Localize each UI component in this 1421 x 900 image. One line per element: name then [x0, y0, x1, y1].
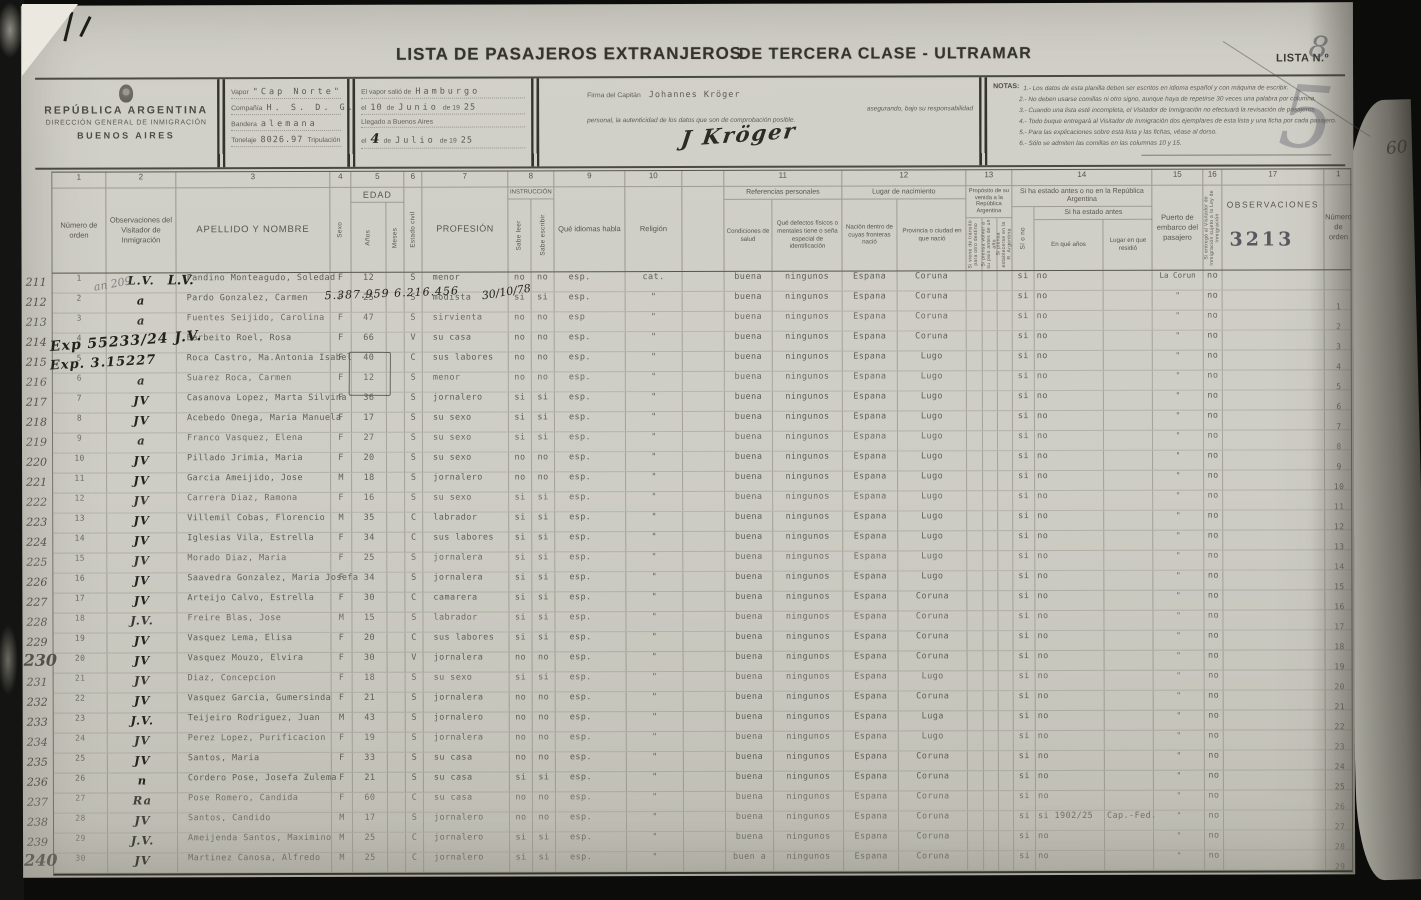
cell-sabe-escribir: no [533, 752, 556, 771]
margin-number: 235 [27, 756, 48, 769]
cell-nacion: Espana [843, 531, 898, 550]
cell-proposito-1 [968, 791, 984, 810]
cell-estado-civil: S [406, 753, 424, 772]
cell-lugar-residio [1104, 291, 1153, 310]
cell-idiomas: esp. [555, 432, 626, 451]
cell-defectos: ningunos [774, 632, 844, 651]
cell-provincia: Lugo [898, 491, 967, 510]
cell-apellido-nombre: Arteijo Calvo, Estrella [177, 593, 331, 612]
col-label: Número de orden [1324, 185, 1352, 269]
cell-religion: " [627, 812, 684, 831]
cell-proposito-si: si [1013, 471, 1035, 490]
cell-puerto: " [1153, 471, 1204, 490]
cell-nacion: Espana [843, 371, 898, 390]
cell-puerto: " [1154, 771, 1205, 790]
cell-apellido-nombre: Villemil Cobas, Florencio [177, 513, 331, 532]
cell-nacion: Espana [843, 391, 898, 410]
cell-salud: buena [725, 592, 773, 611]
col-header-proposito: 13 Propósito de su venida a la República… [966, 170, 1012, 270]
col-label: Si viene de tránsito para otro destino [968, 219, 979, 269]
margin-number: 212 [26, 296, 47, 309]
cell-apellido-nombre: Carrera Diaz, Ramona [177, 493, 331, 512]
cell-sabe-escribir: si [532, 572, 555, 591]
col-number: 7 [422, 171, 507, 187]
cell-salud: buena [726, 632, 774, 651]
cell-estado-civil: S [405, 573, 423, 592]
cell-puerto: " [1154, 831, 1205, 850]
cell-proposito-si: si [1014, 751, 1036, 770]
cell-proposito-3 [999, 711, 1014, 730]
cell-defectos: ningunos [773, 572, 843, 591]
cell-proposito-si: si [1013, 271, 1035, 290]
cell-proposito-si: si [1013, 291, 1035, 310]
cell-observaciones [1223, 610, 1325, 629]
cell-sabe-escribir: no [533, 732, 556, 751]
cell-estado-antes: no [1035, 271, 1104, 290]
cell-edad-anos: 21 [353, 693, 388, 712]
cell-estado-antes: no [1035, 471, 1104, 490]
cell-puerto: " [1153, 311, 1204, 330]
cell-visitador-mark: JV [108, 633, 178, 652]
cell-provincia: Luga [899, 711, 968, 730]
cell-proposito-1 [968, 631, 984, 650]
col-number: 14 [1012, 170, 1151, 186]
cell-proposito-3 [999, 831, 1014, 850]
de19-label: de 19 [443, 105, 460, 112]
cell-orden: 22 [54, 694, 108, 713]
cell-numero-final: 10 [1325, 470, 1353, 489]
cell-estado-antes: no [1035, 491, 1104, 510]
cell-defectos: ningunos [774, 792, 844, 811]
cell-provincia: Coruna [899, 831, 968, 850]
cell-spacer [684, 692, 726, 711]
agency-department: DIRECCIÓN GENERAL DE INMIGRACIÓN [41, 119, 211, 126]
cell-observaciones [1224, 670, 1326, 689]
cell-idiomas: esp. [555, 512, 626, 531]
cell-lugar-residio [1104, 591, 1153, 610]
cell-proposito-si: si [1013, 511, 1035, 530]
cell-idiomas: esp. [555, 452, 626, 471]
col-label: Lugar en que residió [1103, 220, 1152, 270]
col-header-sexo: 4 Sexo [330, 172, 351, 272]
cell-proposito-2 [984, 631, 999, 650]
cell-numero-final: 16 [1325, 590, 1353, 609]
cell-sabe-leer: no [510, 812, 533, 831]
cell-proposito-1 [967, 591, 983, 610]
cell-sabe-leer: si [509, 412, 532, 431]
col-label: Qué defectos físicos o mentales tiene o … [772, 200, 842, 271]
col-header-puerto: 15 Puerto de embarco del pasajero [1152, 170, 1203, 270]
cell-idiomas: esp. [556, 832, 627, 851]
cell-idiomas: esp. [555, 552, 626, 571]
cell-sabe-leer: si [510, 832, 533, 851]
col-number: 13 [966, 170, 1011, 186]
cell-visitador-mark: J.V. [108, 713, 178, 732]
cell-numero-final: 8 [1325, 430, 1353, 449]
cell-proposito-si: si [1013, 371, 1035, 390]
col-label: OBSERVACIONES [1222, 185, 1323, 269]
flag-value: alemana [261, 119, 318, 129]
cell-proposito-si: si [1013, 531, 1035, 550]
cell-religion: " [626, 612, 683, 631]
cell-numero-final: 28 [1326, 830, 1354, 849]
cell-edad-anos: 30 [353, 653, 388, 672]
cell-entrego: no [1205, 731, 1224, 750]
cell-apellido-nombre: Teijeiro Rodriguez, Juan [178, 713, 332, 732]
cell-sabe-escribir: si [532, 592, 555, 611]
cell-profesion: sirvienta [423, 312, 509, 331]
cell-idiomas: esp. [556, 652, 627, 671]
cell-nacion: Espana [843, 571, 898, 590]
cell-estado-antes: no [1035, 571, 1104, 590]
cell-orden: 11 [53, 474, 107, 493]
spacer-box [539, 78, 581, 166]
cell-puerto: " [1153, 391, 1204, 410]
cell-idiomas: esp. [555, 352, 626, 371]
cell-observaciones [1223, 330, 1325, 349]
margin-number: 225 [26, 556, 47, 569]
cell-idiomas: esp. [556, 672, 627, 691]
cell-entrego: no [1204, 271, 1223, 290]
cell-edad-meses [387, 533, 405, 552]
cell-numero-final: 13 [1325, 530, 1353, 549]
cell-orden: 29 [54, 834, 108, 853]
cell-sexo: F [331, 333, 352, 352]
cell-estado-civil: C [406, 633, 424, 652]
cell-lugar-residio [1105, 671, 1154, 690]
cell-proposito-3 [999, 811, 1014, 830]
cell-apellido-nombre: Ameijenda Santos, Maximino [178, 833, 332, 852]
cell-profesion: jornalera [423, 572, 509, 591]
cell-provincia: Lugo [899, 671, 968, 690]
cell-edad-meses [388, 713, 406, 732]
col-label: Sexo [337, 222, 344, 238]
cell-sexo: F [331, 433, 352, 452]
cell-entrego: no [1204, 451, 1223, 470]
cell-entrego: no [1204, 391, 1223, 410]
company-value: H. S. D. G. [266, 103, 355, 113]
cell-provincia: Lugo [898, 411, 967, 430]
col-label: Condiciones de salud [724, 200, 772, 271]
cell-spacer [683, 312, 725, 331]
cell-estado-civil: S [405, 373, 423, 392]
cell-proposito-3 [999, 651, 1014, 670]
cell-sabe-leer: si [509, 512, 532, 531]
cell-sexo: F [331, 313, 352, 332]
cell-puerto: " [1153, 431, 1204, 450]
col-header-observaciones-visitador: 2 Observaciones del Visitador de Inmigra… [106, 172, 176, 272]
divider [217, 79, 225, 167]
cell-visitador-mark: JV [107, 593, 177, 612]
cell-puerto: " [1154, 791, 1205, 810]
cell-religion: " [627, 772, 684, 791]
cell-sabe-escribir: no [532, 272, 555, 291]
cell-apellido-nombre: Morado Diaz, Maria [177, 553, 331, 572]
cell-estado-antes: no [1035, 411, 1104, 430]
cell-visitador-mark: JV [107, 573, 177, 592]
col-label: Sabe leer [516, 220, 523, 250]
cell-proposito-3 [998, 431, 1013, 450]
cell-observaciones [1223, 550, 1325, 569]
cell-orden: 20 [54, 654, 108, 673]
cell-visitador-mark: n [108, 773, 178, 792]
cell-observaciones [1223, 490, 1325, 509]
cell-profesion: su sexo [423, 452, 509, 471]
departure-year: 25 [464, 103, 476, 113]
handwritten-lista-number: 8 [1307, 29, 1331, 66]
cell-salud: buena [725, 392, 773, 411]
cell-apellido-nombre: Fandino Monteagudo, Soledad [177, 273, 331, 292]
cell-sabe-leer: no [509, 452, 532, 471]
cell-visitador-mark: a [107, 433, 177, 452]
cell-puerto: " [1153, 411, 1204, 430]
cell-spacer [683, 612, 725, 631]
cell-edad-meses [387, 573, 405, 592]
cell-salud: buena [725, 332, 773, 351]
cell-spacer [683, 592, 725, 611]
cell-sabe-escribir: no [533, 792, 556, 811]
cell-defectos: ningunos [774, 772, 844, 791]
cell-numero-final [1325, 270, 1353, 289]
cell-proposito-1 [967, 531, 983, 550]
cell-nacion: Espana [844, 791, 899, 810]
cell-nacion: Espana [843, 331, 898, 350]
cell-proposito-3 [998, 531, 1013, 550]
cell-numero-final: 29 [1326, 850, 1354, 869]
cell-lugar-residio [1105, 791, 1154, 810]
handwritten-age-box [349, 352, 391, 396]
cell-visitador-mark: J.V. [107, 613, 177, 632]
cell-idiomas: esp. [555, 272, 626, 291]
cell-puerto: " [1154, 731, 1205, 750]
cell-proposito-3 [998, 331, 1013, 350]
cell-orden: 27 [54, 794, 108, 813]
cell-salud: buena [726, 672, 774, 691]
cell-profesion: su sexo [423, 492, 509, 511]
cell-edad-anos: 17 [352, 413, 387, 432]
cell-sexo: F [332, 653, 353, 672]
margin-number: 216 [26, 376, 47, 389]
margin-number: 228 [26, 616, 47, 629]
cell-defectos: ningunos [773, 452, 843, 471]
cell-defectos: ningunos [773, 332, 843, 351]
cell-sabe-leer: si [509, 552, 532, 571]
cell-provincia: Lugo [898, 451, 967, 470]
cell-sabe-escribir: no [532, 332, 555, 351]
cell-estado-civil: S [405, 553, 423, 572]
cell-sexo: F [331, 593, 352, 612]
cell-numero-final: 25 [1326, 770, 1354, 789]
cell-proposito-3 [998, 611, 1013, 630]
cell-religion: " [626, 372, 683, 391]
cell-proposito-si: si [1013, 591, 1035, 610]
cell-idiomas: esp. [555, 332, 626, 351]
cell-estado-antes: no [1036, 831, 1105, 850]
cell-entrego: no [1204, 611, 1223, 630]
cell-defectos: ningunos [774, 692, 844, 711]
cell-proposito-si: si [1014, 731, 1036, 750]
cell-sexo: F [331, 493, 352, 512]
cell-proposito-3 [999, 671, 1014, 690]
cell-proposito-1 [967, 431, 983, 450]
col-label: Sí o no [1019, 227, 1026, 249]
cell-numero-final: 3 [1325, 330, 1353, 349]
cell-proposito-si: si [1013, 331, 1035, 350]
cell-salud: buen a [726, 852, 774, 871]
cell-orden: 23 [54, 714, 108, 733]
coat-of-arms-icon [119, 84, 133, 102]
cell-proposito-si: si [1013, 311, 1035, 330]
margin-number: 219 [26, 436, 47, 449]
cell-proposito-2 [984, 731, 999, 750]
cell-edad-anos: 35 [352, 513, 387, 532]
cell-proposito-3 [998, 571, 1013, 590]
cell-edad-anos: 27 [352, 433, 387, 452]
margin-number: 240 [24, 851, 57, 870]
cell-sabe-escribir: si [533, 672, 556, 691]
cell-estado-civil: C [406, 853, 424, 872]
cell-spacer [683, 272, 725, 291]
col-header-orden-final: 1 Número de orden [1324, 169, 1352, 269]
cell-religion: " [627, 752, 684, 771]
cell-edad-anos: 25 [353, 853, 388, 872]
cell-defectos: ningunos [774, 852, 844, 871]
cell-provincia: Lugo [898, 391, 967, 410]
cell-spacer [683, 512, 725, 531]
cell-proposito-3 [998, 291, 1013, 310]
cell-numero-final: 5 [1325, 370, 1353, 389]
cell-proposito-2 [983, 311, 998, 330]
cell-proposito-2 [984, 791, 999, 810]
cell-defectos: ningunos [774, 712, 844, 731]
cell-nacion: Espana [844, 751, 899, 770]
cell-proposito-1 [967, 391, 983, 410]
cell-proposito-1 [967, 611, 983, 630]
cell-visitador-mark: JV [107, 413, 177, 432]
margin-number: 232 [27, 696, 48, 709]
cell-proposito-si: si [1013, 551, 1035, 570]
cell-proposito-2 [983, 331, 998, 350]
cell-profesion: jornalera [424, 692, 510, 711]
cell-observaciones [1223, 470, 1325, 489]
cell-entrego: no [1204, 371, 1223, 390]
cell-estado-civil: S [406, 773, 424, 792]
cell-proposito-si: si [1013, 351, 1035, 370]
cell-edad-anos: 30 [352, 593, 387, 612]
cell-proposito-2 [983, 571, 998, 590]
cell-defectos: ningunos [773, 312, 843, 331]
col-header-instruccion: 8 INSTRUCCIÓN Sabe leer Sabe escribir [508, 171, 554, 271]
cell-defectos: ningunos [774, 732, 844, 751]
cell-estado-antes: no [1035, 291, 1104, 310]
cell-sexo: M [332, 853, 353, 872]
cell-idiomas: esp. [556, 772, 627, 791]
cell-provincia: Coruna [899, 851, 968, 870]
cell-sabe-leer: no [510, 732, 533, 751]
cell-provincia: Coruna [899, 771, 968, 790]
cell-spacer [684, 672, 726, 691]
cell-idiomas: esp. [556, 752, 627, 771]
passenger-table-body: 2111L.V.Fandino Monteagudo, SoledadF12Sm… [52, 270, 1354, 875]
cell-proposito-2 [984, 831, 999, 850]
cell-observaciones [1224, 730, 1326, 749]
cell-numero-final: 17 [1325, 610, 1353, 629]
cell-estado-civil: C [405, 513, 423, 532]
cell-salud: buena [725, 352, 773, 371]
cell-apellido-nombre: Diaz, Concepcion [178, 673, 332, 692]
cell-edad-anos: 66 [352, 333, 387, 352]
cell-sabe-escribir: si [533, 832, 556, 851]
cell-proposito-1 [968, 851, 984, 870]
cell-religion: " [627, 852, 684, 871]
cell-proposito-1 [967, 331, 983, 350]
cell-orden: 6 [53, 374, 107, 393]
captain-label: Firma del Capitán [587, 92, 641, 99]
cell-apellido-nombre: Santos, Candido [178, 813, 332, 832]
cell-proposito-si: si [1014, 791, 1036, 810]
departure-day: 10 [370, 103, 382, 113]
cell-proposito-3 [999, 851, 1014, 870]
cell-apellido-nombre: Suarez Roca, Carmen [177, 373, 331, 392]
cell-edad-anos: 18 [353, 673, 388, 692]
cell-spacer [684, 732, 726, 751]
cell-religion: " [627, 652, 684, 671]
cell-apellido-nombre: Franco Vasquez, Elena [177, 433, 331, 452]
cell-idiomas: esp. [556, 732, 627, 751]
cell-lugar-residio [1104, 551, 1153, 570]
cell-edad-anos: 60 [353, 793, 388, 812]
cell-idiomas: esp. [556, 712, 627, 731]
cell-sabe-leer: si [509, 492, 532, 511]
cell-profesion: camarera [423, 592, 509, 611]
cell-nacion: Espana [843, 291, 898, 310]
cell-nacion: Espana [843, 491, 898, 510]
cell-salud: buena [726, 772, 774, 791]
cell-sexo: F [332, 633, 353, 652]
cell-proposito-2 [983, 371, 998, 390]
cell-sabe-leer: no [509, 472, 532, 491]
cell-edad-meses [387, 493, 405, 512]
cell-religion: " [626, 492, 683, 511]
cell-profesion: jornalero [424, 832, 510, 851]
col-number: 11 [724, 171, 841, 187]
cell-edad-meses [388, 633, 406, 652]
cell-proposito-si: si [1013, 431, 1035, 450]
cell-puerto: " [1153, 591, 1204, 610]
cell-sabe-escribir: no [532, 472, 555, 491]
cell-salud: buena [725, 612, 773, 631]
cell-numero-final: 2 [1325, 310, 1353, 329]
cell-profesion: jornalero [424, 712, 510, 731]
cell-orden: 15 [53, 554, 107, 573]
cell-sabe-escribir: si [532, 612, 555, 631]
cell-estado-civil: S [406, 693, 424, 712]
cell-idiomas: esp. [555, 612, 626, 631]
cell-proposito-1 [968, 651, 984, 670]
cell-entrego: no [1205, 671, 1224, 690]
cell-sabe-escribir: si [532, 552, 555, 571]
cell-sexo: F [332, 733, 353, 752]
cell-religion: " [626, 332, 683, 351]
cell-estado-antes: no [1035, 311, 1104, 330]
cell-puerto: " [1154, 651, 1205, 670]
cell-entrego: no [1205, 751, 1224, 770]
cell-visitador-mark: JV [107, 493, 177, 512]
cell-sabe-escribir: no [533, 812, 556, 831]
cell-profesion: su casa [424, 752, 510, 771]
cell-observaciones [1224, 850, 1326, 869]
cell-defectos: ningunos [773, 492, 843, 511]
